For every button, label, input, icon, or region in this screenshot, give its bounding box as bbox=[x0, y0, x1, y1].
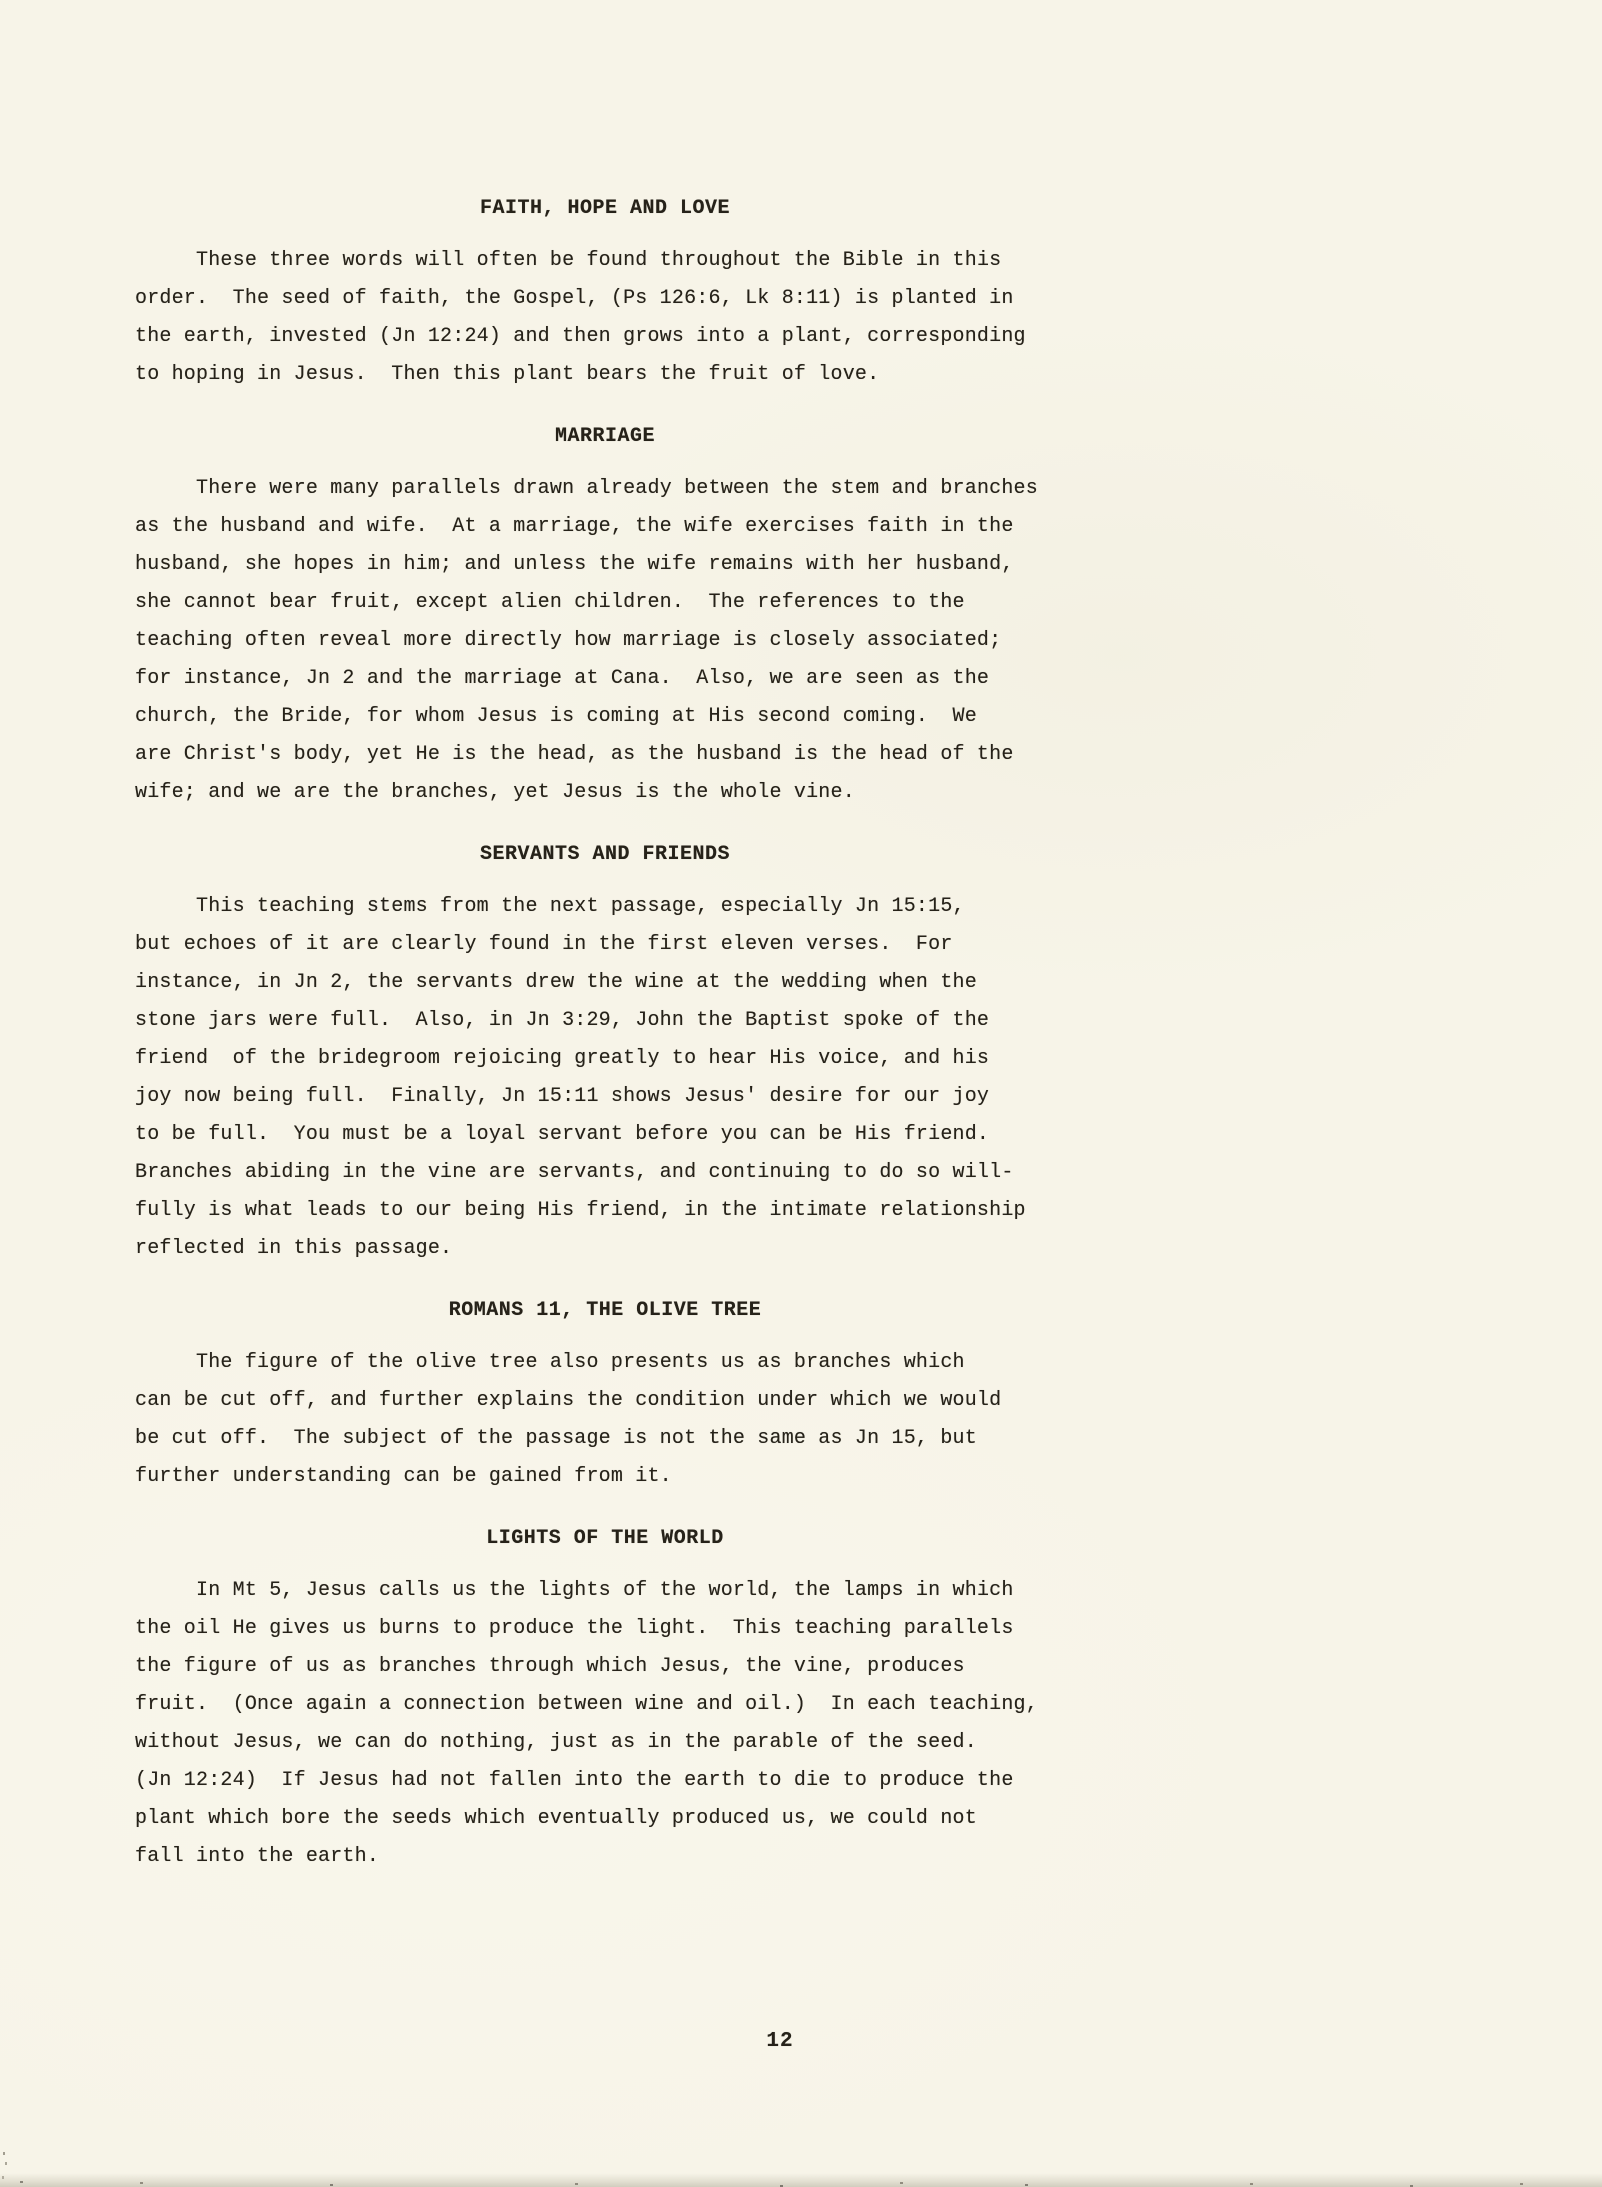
paragraph-faith-hope-love: These three words will often be found th… bbox=[135, 242, 1075, 394]
paragraph-romans-11-olive-tree: The figure of the olive tree also presen… bbox=[135, 1344, 1075, 1496]
scan-edge-shadow bbox=[0, 2173, 1602, 2187]
section-heading-romans-11-olive-tree: ROMANS 11, THE OLIVE TREE bbox=[135, 1292, 1075, 1330]
paragraph-marriage: There were many parallels drawn already … bbox=[135, 470, 1075, 812]
scan-artifact-left-edge bbox=[3, 2152, 5, 2155]
section-heading-servants-and-friends: SERVANTS AND FRIENDS bbox=[135, 836, 1075, 874]
page-number: 12 bbox=[0, 2030, 1560, 2053]
section-heading-marriage: MARRIAGE bbox=[135, 418, 1075, 456]
section-heading-faith-hope-love: FAITH, HOPE AND LOVE bbox=[135, 190, 1075, 228]
scanned-document-page: FAITH, HOPE AND LOVE These three words w… bbox=[0, 0, 1602, 2187]
paragraph-servants-and-friends: This teaching stems from the next passag… bbox=[135, 888, 1075, 1268]
document-text-column: FAITH, HOPE AND LOVE These three words w… bbox=[135, 190, 1075, 1876]
scan-artifact-specks bbox=[20, 2181, 23, 2183]
section-heading-lights-of-the-world: LIGHTS OF THE WORLD bbox=[135, 1520, 1075, 1558]
paragraph-lights-of-the-world: In Mt 5, Jesus calls us the lights of th… bbox=[135, 1572, 1075, 1876]
